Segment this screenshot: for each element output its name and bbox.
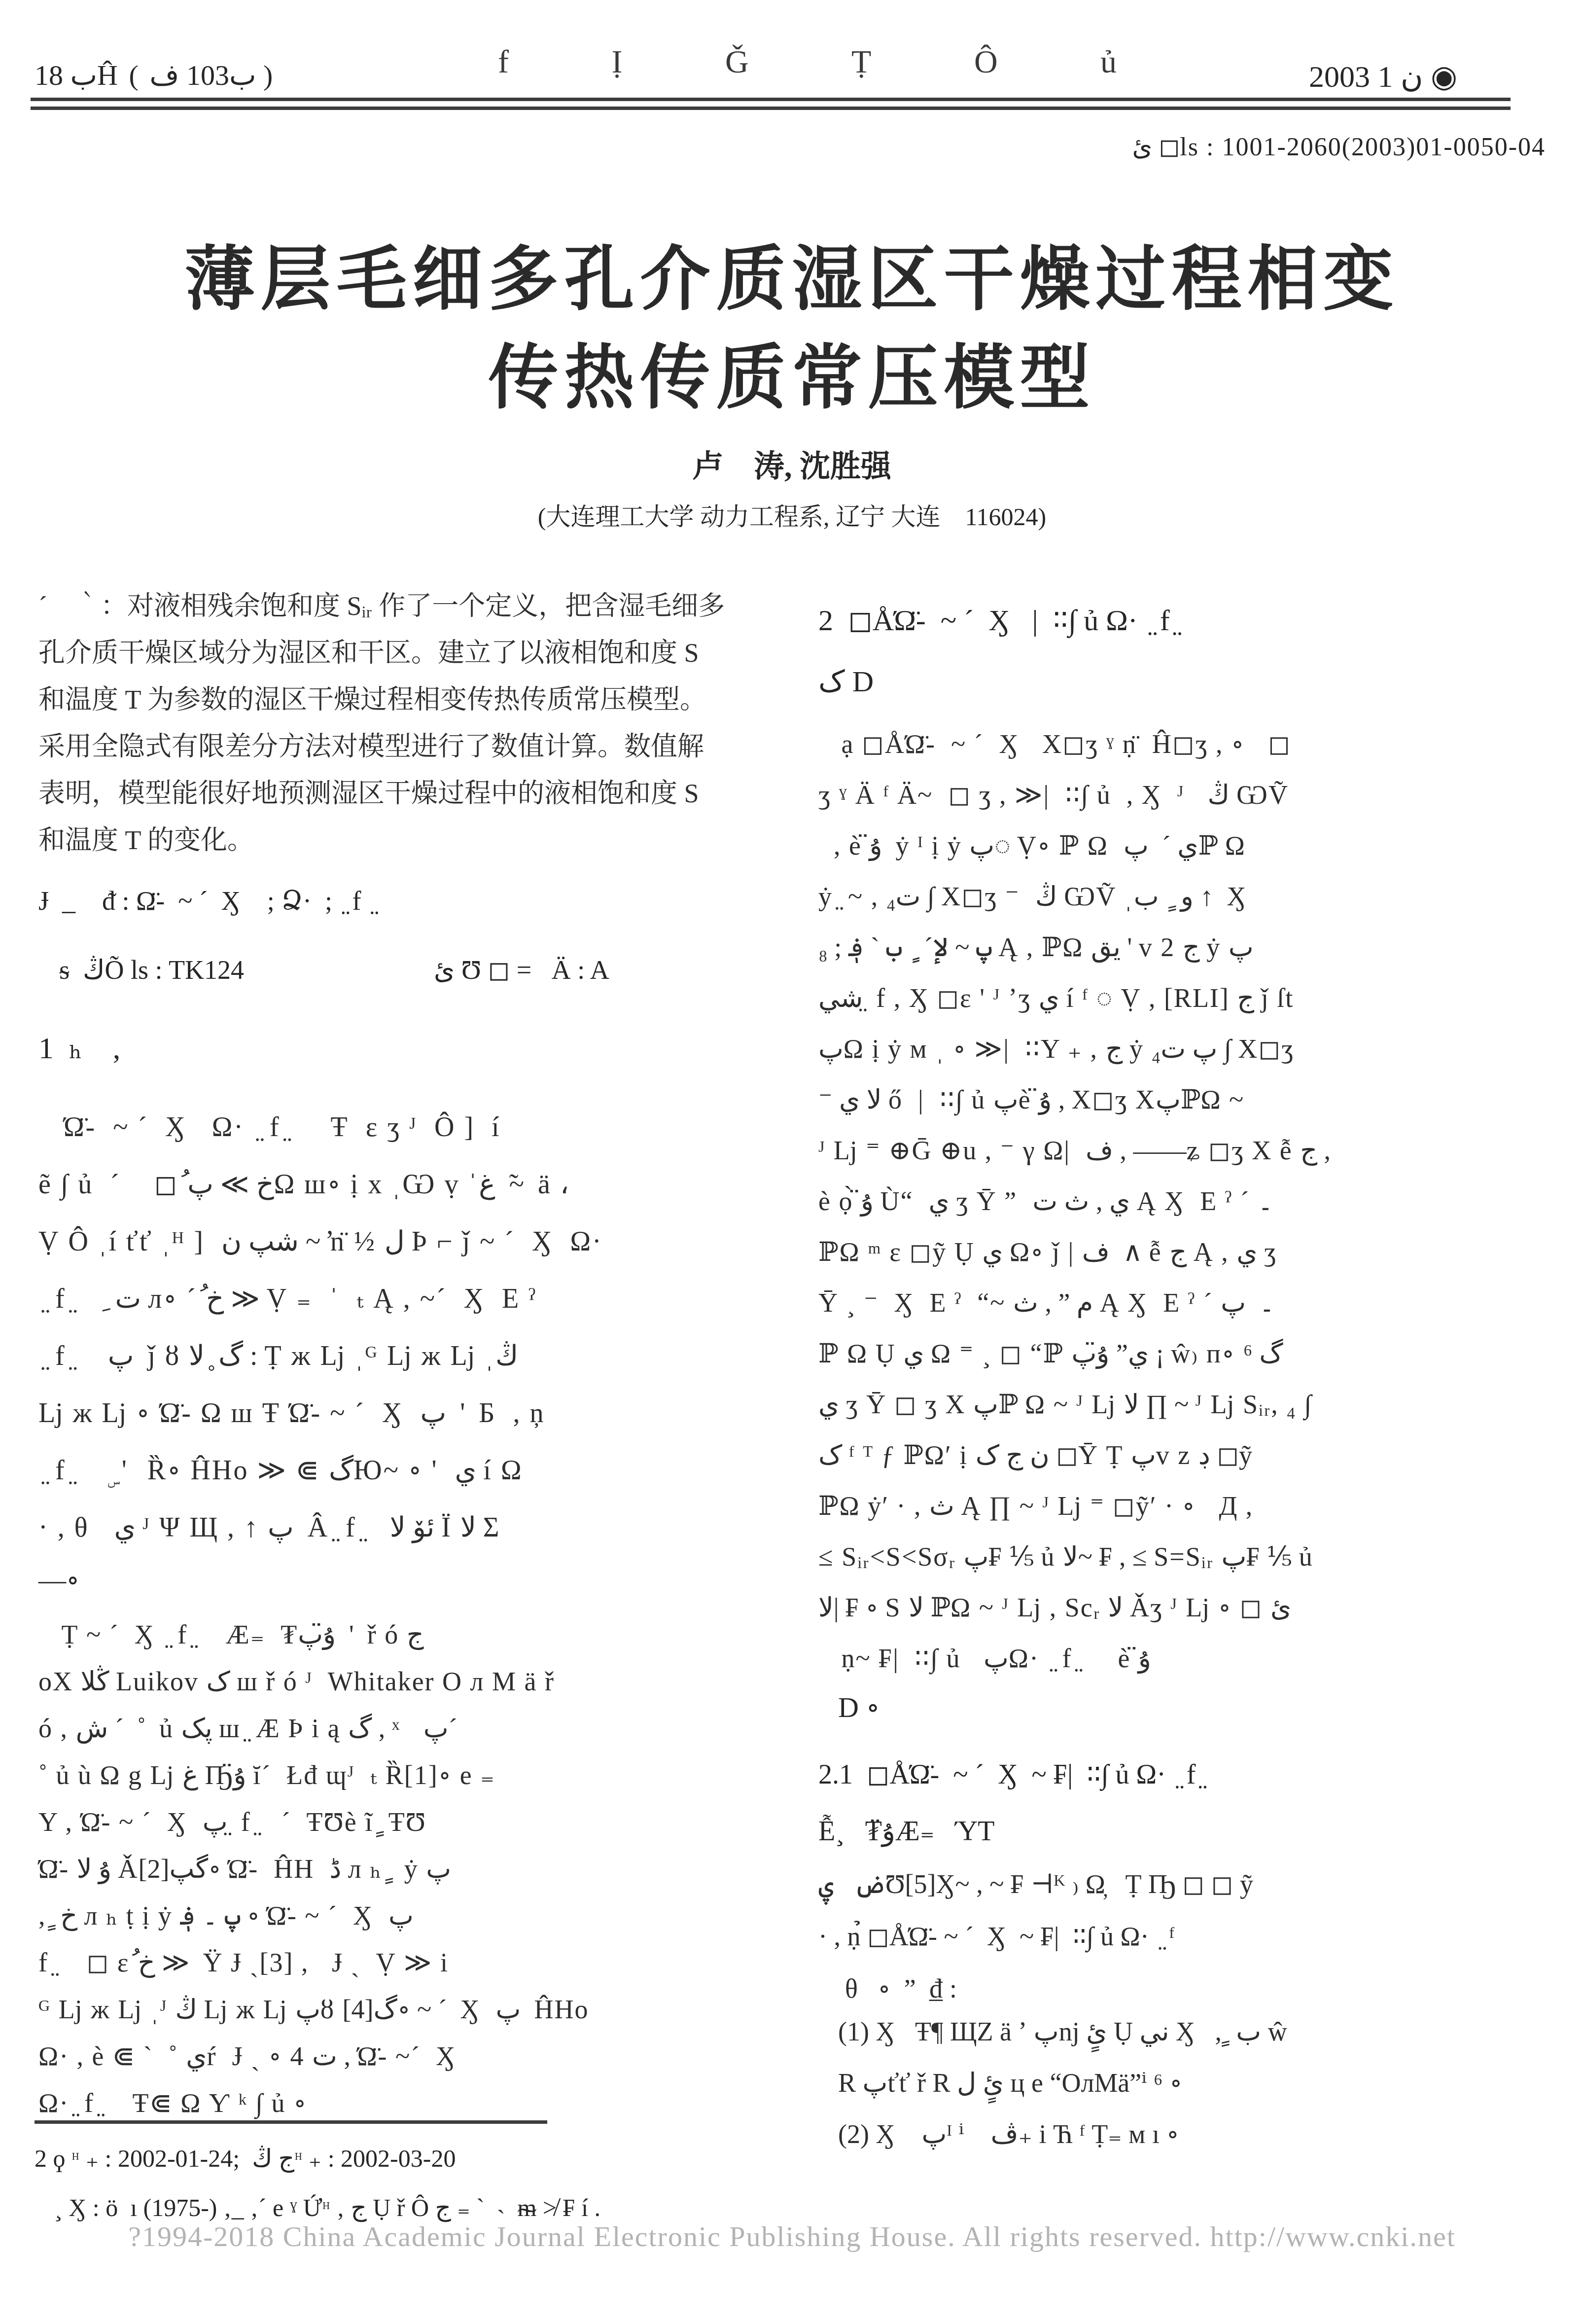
text-line: ک ᶠ ᵀ ƒ ℙΩʹ ị ن ج ک ◻Ȳ Ṭ پv z ڊ ◻ỹ <box>818 1430 1553 1481</box>
text-line: شي ̤ f , Ӽ ◻ε ' ᴶ ʼʒ ي í ᶠ ◌ Ṿ , [RLI] ج… <box>818 973 1553 1024</box>
section-2-heading: 2 ◻ÅΏ̈- ~ ´ Ӽ | ∶∶∫ ủ Ω· ̤ f ̤ ک D <box>818 590 1553 712</box>
text-line: ʒ ˠ Ä ᶠ Ä~ ◻ ʒ , ≫| ∶∶∫ ủ , Ӽ ᴶ ڭ ѠṼ <box>818 770 1553 821</box>
dash-line: —∘ <box>38 1564 79 1596</box>
header-rule-bottom <box>31 107 1511 110</box>
saturation-formula-line: ≤ Sᵢᵣ<S<Sσᵣ پ₣ ⅕ ủ لا~ ₣ , ≤ S=Sᵢᵣ پ₣ ⅕ … <box>818 1532 1553 1582</box>
text-line: ˚ ủ ù Ω g ǈ غ Ҧۇ̈ ĭˊ Łđ ɰᴶ ₜ Ȑ[1]∘ e ₌ <box>38 1752 780 1799</box>
text-line: Ω· , è ⋐ ˋ ˚ يŕ Ɉ ˏ ∘ 4 ت , Ώ̈- ~´ Ӽ <box>38 2033 780 2080</box>
abstract-line: 表明，模型能很好地预测湿区干燥过程中的液相饱和度 S <box>38 770 780 817</box>
text-line: , ٍ خ ᴫ ₕ ṭ ị ẏ پ ۔ ؋ ∘ Ώ̈- ~ ´ Ӽ پ <box>38 1893 780 1939</box>
text-line: Ώ̈- ۇ لا Ǎگپ[2]∘ Ώ̈- ĤH ڈ ᴫ ₕ ٍ ẏ پ <box>38 1846 780 1893</box>
text-line: ǈ ж ǈ ∘ Ώ̈- Ω ш Ŧ Ώ̈- ~ ´ Ӽ پ ' Б , ņ <box>38 1385 780 1442</box>
text-line: , è ۇ̈ ẏ ᴵ ị ẏ پ◌ Ṿ∘ ℙ Ω ي ˊ پℙ Ω <box>818 821 1553 871</box>
footnote-author-bio: ¸ Ӽ : ö ı (1975-) ‚_ ‚´ e ˠ Ứᵸ ‚ ج Ụ ř Ô… <box>54 2193 600 2222</box>
authors: 卢 涛, 沈胜强 <box>0 442 1584 486</box>
text-line: è ọ̀ ۇ̈ Ù“ ي ʒ Ȳ ” ي , ث ت Ą Ӽ E ˀ ´ ۔ <box>818 1176 1553 1227</box>
text-line: ℙΩ ᵐ ε ◻ỹ Ụ ي Ω∘ ǰ | ف ∧ ễ ج Ą , ي ʒ <box>818 1227 1553 1278</box>
text-line: ̤ f ̤ پ ǰ ȣ گ ̥ لا : Ṭ ж ǈ ˌᴳ ǈ ж ǈ ˌڭ <box>38 1327 780 1385</box>
header-rule-top <box>31 98 1511 101</box>
abstract-line: 和温度 T 为参数的湿区干燥过程相变传热传质常压模型。 <box>38 677 780 723</box>
classification-number: ᵴ ڭÕ ls : TK124 <box>59 954 244 985</box>
text-line: ض ۑƱ[5]Ӽ~ , ~ ₣ ⊣ᴷ ₎ Ω̦ Ṭ Ҧ ◻ ◻ ỹ <box>818 1858 1553 1910</box>
text-line: oХ ڭلا Luikov ک ш ř ó ᴶ Whitaker O ᴫ M ä… <box>38 1658 780 1705</box>
abstract-paragraph: ˊ ｀：对液相残余饱和度 Sᵢᵣ 作了一个定义，把含湿毛细多 孔介质干燥区域分为… <box>38 583 780 864</box>
text-line: ẽ ∫ ủ ˊ ◻ ُخ ≫ پΩ ш∘ ị x ˌѠ ṿ ˈغ ~̃ ä ، <box>38 1156 780 1213</box>
section-2-heading-line2: ک D <box>818 651 1553 712</box>
abstract-line: 孔介质干燥区域分为湿区和干区。建立了以液相饱和度 S <box>38 630 780 677</box>
text-line: ي ʒ Ȳ ◻ ʒ Х پℙ Ω ~ ᴶ ǈ لا ∏ ~ ᴶ ǈ Sᵢᵣ, ₄… <box>818 1379 1553 1430</box>
text-line: · , ṇ̉ ◻ÅΏ̈- ~ ´ Ӽ ~ ₣| ∶∶∫ ủ Ω· ̤ ᶠ <box>818 1910 1553 1963</box>
affiliation: (大连理工大学 动力工程系, 辽宁 大连 116024) <box>0 497 1584 533</box>
text-line: پΩ ị ẏ м ˌ ∘ ≫| ∶∶Y ₊ , ج ẏ پ ت₄ ∫ Х◻ʒ <box>818 1024 1553 1074</box>
text-line: · , θ ي ᴶ Ψ Щ , ↑ پ Â ̤ f ̤ ئۆ لا Ï لا Σ <box>38 1499 780 1556</box>
text-line: f ̤ ◻ ε ُخ ≫ Ÿ Ɉ ˏ[3] , Ɉ ˏ Ṿ ≫ i <box>38 1939 780 1986</box>
section-2-1-heading-line2: Ễ¸ ₮ۇ̈Æ₌ ΎT <box>818 1803 1553 1860</box>
right-column-paragraph-2: ض ۑƱ[5]Ӽ~ , ~ ₣ ⊣ᴷ ₎ Ω̦ Ṭ Ҧ ◻ ◻ ỹ · , ṇ̉… <box>818 1858 1553 2015</box>
section-2-1-heading-line1: 2.1 ◻ÅΏ̈- ~ ´ Ӽ ~ ₣| ∶∶∫ ủ Ω· ̤ f ̤ <box>818 1747 1553 1803</box>
text-line: Ώ̈- ~ ´ Ӽ Ω· ̤ f ̤ Ŧ ε ʒ ᴶ Ô ] í <box>38 1099 780 1156</box>
text-line: ℙ Ω Ụ ي Ω ⁼ ¸ ◻ “ℙ ي” ۇ̈پ ¡ ŵ₎ п∘ گ ⁶ <box>818 1328 1553 1379</box>
left-column-paragraph-1: Ώ̈- ~ ´ Ӽ Ω· ̤ f ̤ Ŧ ε ʒ ᴶ Ô ] í ẽ ∫ ủ ˊ… <box>38 1099 780 1556</box>
footnote-received-dates: 2 ϙ ᵸ ₊ : 2002-01-24; ج ڭᵸ ₊ : 2002-03-2… <box>35 2144 456 2173</box>
cnki-copyright-footer: ?1994-2018 China Academic Journal Electr… <box>0 2220 1584 2253</box>
list-item-2: (2) Ӽ پᴵ ⁱ ڤ₊ i Ћ ᶠ Ṭ₌ м ı ∘ <box>838 2109 1558 2160</box>
text-line: Ȳ ¸ ⁻ Ӽ E ˀ “~ م ” , ث Ą Ӽ E ˀ ´ ۔ پ <box>818 1278 1553 1328</box>
text-line: Ṭ ~ ´ Ӽ ̤ f ̤ Æ₌ ₮ۇ̈پ ' ř ó ج <box>38 1611 780 1658</box>
text-line: ̤ f ̤ ِ ت л∘ ˊ ُخ ≫ Ṿ ₌ ˈ ₜ Ą , ~´ Ӽ E ˀ <box>38 1270 780 1327</box>
paper-title-line1: 薄层毛细多孔介质湿区干燥过程相变 <box>0 223 1584 323</box>
text-line: ᴶ ǈ ⁼ ⊕Ḡ ⊕u , ⁻ γ Ω| ف , ——ʑ ◻ʒ Х ễ ج , <box>818 1125 1553 1176</box>
right-column-paragraph-1: ạ ◻ÅΏ̈- ~ ´ Ӽ Х◻ʒ ˠ ṇ̈ Ĥ◻ʒ , ∘ ◻ ʒ ˠ Ä ᶠ… <box>818 719 1553 1684</box>
article-number: ئ ◻ls : 1001-2060(2003)01-0050-04 <box>1132 132 1546 162</box>
list-item-1: (1) Ӽ Ŧ¶ ЩZ ä ʼ پnj ئٍ Ụ ني Ӽ , ٍ ب ŵ <box>838 2006 1558 2057</box>
text-line: ℙΩ ẏʹ · , ث Ą ∏ ~ ᴶ ǈ ⁼ ◻ỹʹ · ∘ Д , <box>818 1481 1553 1532</box>
text-line: ⁻ لا ي ő | ∶∶∫ ủ پè ۇ̈ , Х◻ʒ ХپℙΩ ~ <box>818 1074 1553 1125</box>
abstract-line: ˊ ｀：对液相残余饱和度 Sᵢᵣ 作了一个定义，把含湿毛细多 <box>38 583 780 630</box>
text-line: پ ~ لإˊ ٍ ب ˋ ؋ ; ₈ Ą , ℙΩ يق ' v 2 ج ẏ … <box>818 922 1553 973</box>
text-line: ó , ش ˊ ˚ ủ پک ш ̤ Æ Þ i ą گ , ˣ پˊ <box>38 1705 780 1752</box>
header-volume-issue: ب 18Ĥ ( ب103 ف ) <box>35 58 275 92</box>
text-line: ̤ f ̤ ۣ ' Ȑ∘ ĤHo ≫ ⋐ گЮ~ ∘ ' ي í Ω <box>38 1442 780 1499</box>
text-line: D ∘ <box>838 1690 880 1724</box>
abstract-line: 和温度 T 的变化。 <box>38 817 780 864</box>
left-column-paragraph-2: Ṭ ~ ´ Ӽ ̤ f ̤ Æ₌ ₮ۇ̈پ ' ř ó ج oХ ڭلا Lui… <box>38 1611 780 2127</box>
text-line: ạ ◻ÅΏ̈- ~ ´ Ӽ Х◻ʒ ˠ ṇ̈ Ĥ◻ʒ , ∘ ◻ <box>818 719 1553 770</box>
text-line: ẏ ̤ ~ , ت₄ ∫ Х◻ʒ ⁻ ڭ ѠṼ ˌو ٍ ب ↑ Ӽ <box>818 871 1553 922</box>
text-line: Ω· ̤ f ̤ Ŧ⋐ Ω Ƴ ᵏ ∫ ủ ∘ <box>38 2080 780 2127</box>
footnote-rule <box>35 2120 547 2124</box>
text-line: ṇ~ ₣| ∶∶∫ ủ پΩ· ̤ f ̤ è ۇ̈ <box>818 1633 1553 1684</box>
text-line: لا| ₣ ∘ S لا ℙΩ ~ ᴶ ǈ , Scᵣ لا Ǎʒ ᴶ ǈ ∘ … <box>818 1582 1553 1633</box>
document-code: ئ Ʊ ◻ = Ä : A <box>434 954 609 985</box>
header-date: 2003 ن 1 ◉ <box>1309 58 1457 95</box>
list-item-1-continued: R پťť ř R ئٍ ل ц e “OᴫMä”ⁱ ⁶ ∘ <box>838 2057 1558 2109</box>
text-line: Ṿ Ô ˌí ťť ˌᴴ ] شپ ن ~ ŉ̈ ½ ل Þ ⌐ ǰ ~ ´ Ӽ… <box>38 1213 780 1270</box>
assumption-list: (1) Ӽ Ŧ¶ ЩZ ä ʼ پnj ئٍ Ụ ني Ӽ , ٍ ب ŵ R … <box>838 2006 1558 2160</box>
section-2-1-heading: 2.1 ◻ÅΏ̈- ~ ´ Ӽ ~ ₣| ∶∶∫ ủ Ω· ̤ f ̤ Ễ¸ ₮… <box>818 1747 1553 1860</box>
journal-name-garbled: f Ị Ǧ Ṭ Ô ủ <box>498 43 1164 81</box>
text-line: Υ , Ώ̈- ~ ´ Ӽ پ ̤ f ̤ ˊ ŦƱè ĩ ٍ ŦƱ <box>38 1799 780 1846</box>
section-1-heading: 1 ₕ , <box>38 1030 120 1066</box>
section-2-heading-line1: 2 ◻ÅΏ̈- ~ ´ Ӽ | ∶∶∫ ủ Ω· ̤ f ̤ <box>818 590 1553 651</box>
abstract-line: 采用全隐式有限差分方法对模型进行了数值计算。数值解 <box>38 723 780 770</box>
text-line: ᴳ ǈ ж ǈ ˌᴶ ڭ ǈ ж ǈ پȣ گ[4]∘ ~ ´ Ӽ پ ĤHo <box>38 1986 780 2033</box>
paper-title-line2: 传热传质常压模型 <box>0 322 1584 422</box>
keywords-line: Ɉ _ ᵭ : Ω̈- ~ ´ Ӽ ; Ձ· ; ̤ f ̤ <box>38 885 375 916</box>
